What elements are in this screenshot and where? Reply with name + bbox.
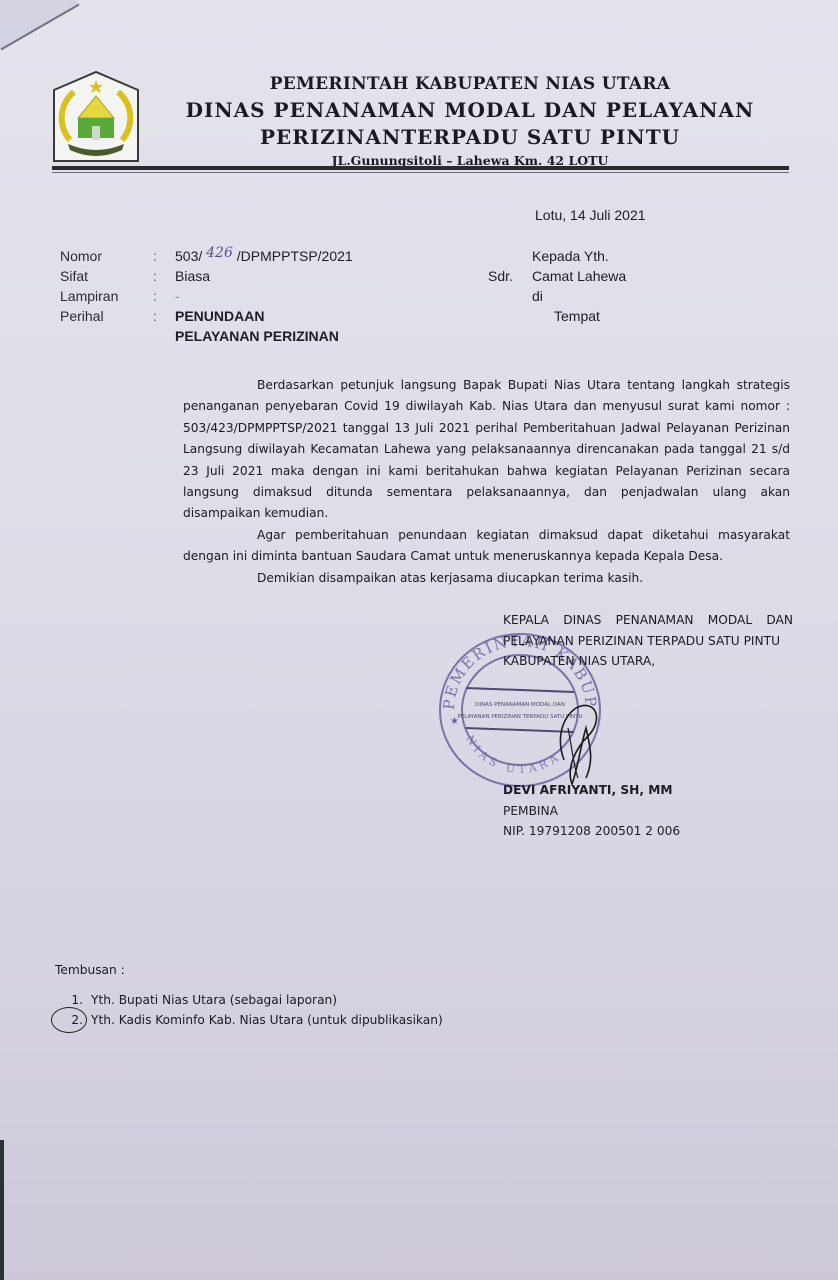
meta-label: Sifat — [60, 266, 153, 286]
list-item-text: Yth. Bupati Nias Utara (sebagai laporan) — [91, 990, 337, 1010]
signatory-nip: NIP. 19791208 200501 2 006 — [503, 821, 680, 842]
signatory-name: DEVI AFRIYANTI, SH, MM — [503, 780, 680, 801]
svg-text:★: ★ — [450, 716, 459, 727]
recipient-block: Kepada Yth. Sdr. Camat Lahewa di Tempat — [488, 246, 626, 326]
list-item-text: Yth. Kadis Kominfo Kab. Nias Utara (untu… — [91, 1010, 443, 1030]
letterhead-government: PEMERINTAH KABUPATEN NIAS UTARA — [150, 72, 790, 96]
meta-colon-spacer — [153, 326, 175, 346]
letter-number-prefix: 503/ — [175, 248, 202, 264]
carbon-copy-list: 1. Yth. Bupati Nias Utara (sebagai lapor… — [55, 990, 443, 1030]
body-paragraph-3: Demikian disampaikan atas kerjasama diuc… — [183, 568, 790, 589]
letter-body: Berdasarkan petunjuk langsung Bapak Bupa… — [183, 375, 790, 589]
signatory: DEVI AFRIYANTI, SH, MM PEMBINA NIP. 1979… — [503, 780, 680, 842]
recipient-di: di — [532, 286, 543, 306]
signature-title-line1: KEPALA DINAS PENANAMAN MODAL DAN — [503, 610, 793, 631]
letter-number-suffix: /DPMPPTSP/2021 — [237, 248, 353, 264]
letterhead-divider-thin — [52, 172, 789, 173]
meta-value: Biasa — [175, 266, 210, 286]
meta-colon: : — [153, 266, 175, 286]
recipient-salutation: Kepada Yth. — [532, 246, 609, 266]
signature-title-line2: PELAYANAN PERIZINAN TERPADU SATU PINTU — [503, 631, 793, 652]
recipient-row: di — [488, 286, 626, 306]
letterhead-agency-line1: DINAS PENANAMAN MODAL DAN PELAYANAN — [150, 96, 790, 124]
letterhead-divider-thick — [52, 166, 789, 170]
letter-date: Lotu, 14 Juli 2021 — [535, 205, 646, 225]
hand-drawn-circle-icon — [51, 1007, 87, 1033]
meta-row-perihal: Perihal : PENUNDAAN — [60, 306, 353, 326]
list-item-number: 2. — [55, 1010, 91, 1030]
body-paragraph-1: Berdasarkan petunjuk langsung Bapak Bupa… — [183, 375, 790, 525]
svg-text:NIAS UTARA: NIAS UTARA — [463, 733, 564, 776]
carbon-copy-heading: Tembusan : — [55, 960, 443, 980]
meta-value: - — [175, 286, 180, 306]
subject-line1: PENUNDAAN — [175, 306, 264, 326]
meta-label: Perihal — [60, 306, 153, 326]
letter-number-handwritten: 426 — [206, 245, 233, 261]
recipient-prefix-spacer — [488, 286, 532, 306]
meta-label: Lampiran — [60, 286, 153, 306]
letter-meta: Nomor : 503/ 426 /DPMPPTSP/2021 Sifat : … — [60, 246, 353, 346]
list-item-number-text: 1. — [71, 993, 83, 1007]
meta-colon: : — [153, 246, 175, 266]
recipient-row: Tempat — [488, 306, 626, 326]
recipient-name: Camat Lahewa — [532, 266, 626, 286]
recipient-place: Tempat — [532, 306, 600, 326]
meta-row-sifat: Sifat : Biasa — [60, 266, 353, 286]
meta-row-perihal-cont: PELAYANAN PERIZINAN — [60, 326, 353, 346]
svg-text:PELAYANAN PERIZINAN TERPADU SA: PELAYANAN PERIZINAN TERPADU SATU PINTU — [457, 714, 582, 720]
body-paragraph-2: Agar pemberitahuan penundaan kegiatan di… — [183, 525, 790, 568]
meta-row-lampiran: Lampiran : - — [60, 286, 353, 306]
signature-title: KEPALA DINAS PENANAMAN MODAL DAN PELAYAN… — [503, 610, 793, 672]
meta-colon: : — [153, 306, 175, 326]
meta-row-nomor: Nomor : 503/ 426 /DPMPPTSP/2021 — [60, 246, 353, 266]
letter-number: 503/ 426 /DPMPPTSP/2021 — [175, 246, 353, 266]
letterhead-agency-line2: PERIZINANTERPADU SATU PINTU — [150, 124, 790, 151]
subject-line2: PELAYANAN PERIZINAN — [175, 326, 339, 346]
meta-label-spacer — [60, 326, 153, 346]
recipient-prefix-spacer — [488, 246, 532, 266]
list-item: 1. Yth. Bupati Nias Utara (sebagai lapor… — [55, 990, 443, 1010]
recipient-prefix-spacer — [488, 306, 532, 326]
signature-title-line3: KABUPATEN NIAS UTARA, — [503, 651, 793, 672]
page-fold-corner — [0, 0, 79, 50]
regency-coat-of-arms-icon — [52, 70, 140, 163]
letterhead: PEMERINTAH KABUPATEN NIAS UTARA DINAS PE… — [150, 72, 790, 171]
carbon-copy-section: Tembusan : 1. Yth. Bupati Nias Utara (se… — [55, 960, 443, 1030]
meta-label: Nomor — [60, 246, 153, 266]
meta-colon: : — [153, 286, 175, 306]
page-edge-shadow — [0, 1140, 4, 1280]
recipient-row: Kepada Yth. — [488, 246, 626, 266]
list-item: 2. Yth. Kadis Kominfo Kab. Nias Utara (u… — [55, 1010, 443, 1030]
recipient-prefix: Sdr. — [488, 266, 532, 286]
svg-text:DINAS PENANAMAN MODAL DAN: DINAS PENANAMAN MODAL DAN — [475, 702, 565, 708]
recipient-row: Sdr. Camat Lahewa — [488, 266, 626, 286]
signatory-rank: PEMBINA — [503, 801, 680, 822]
